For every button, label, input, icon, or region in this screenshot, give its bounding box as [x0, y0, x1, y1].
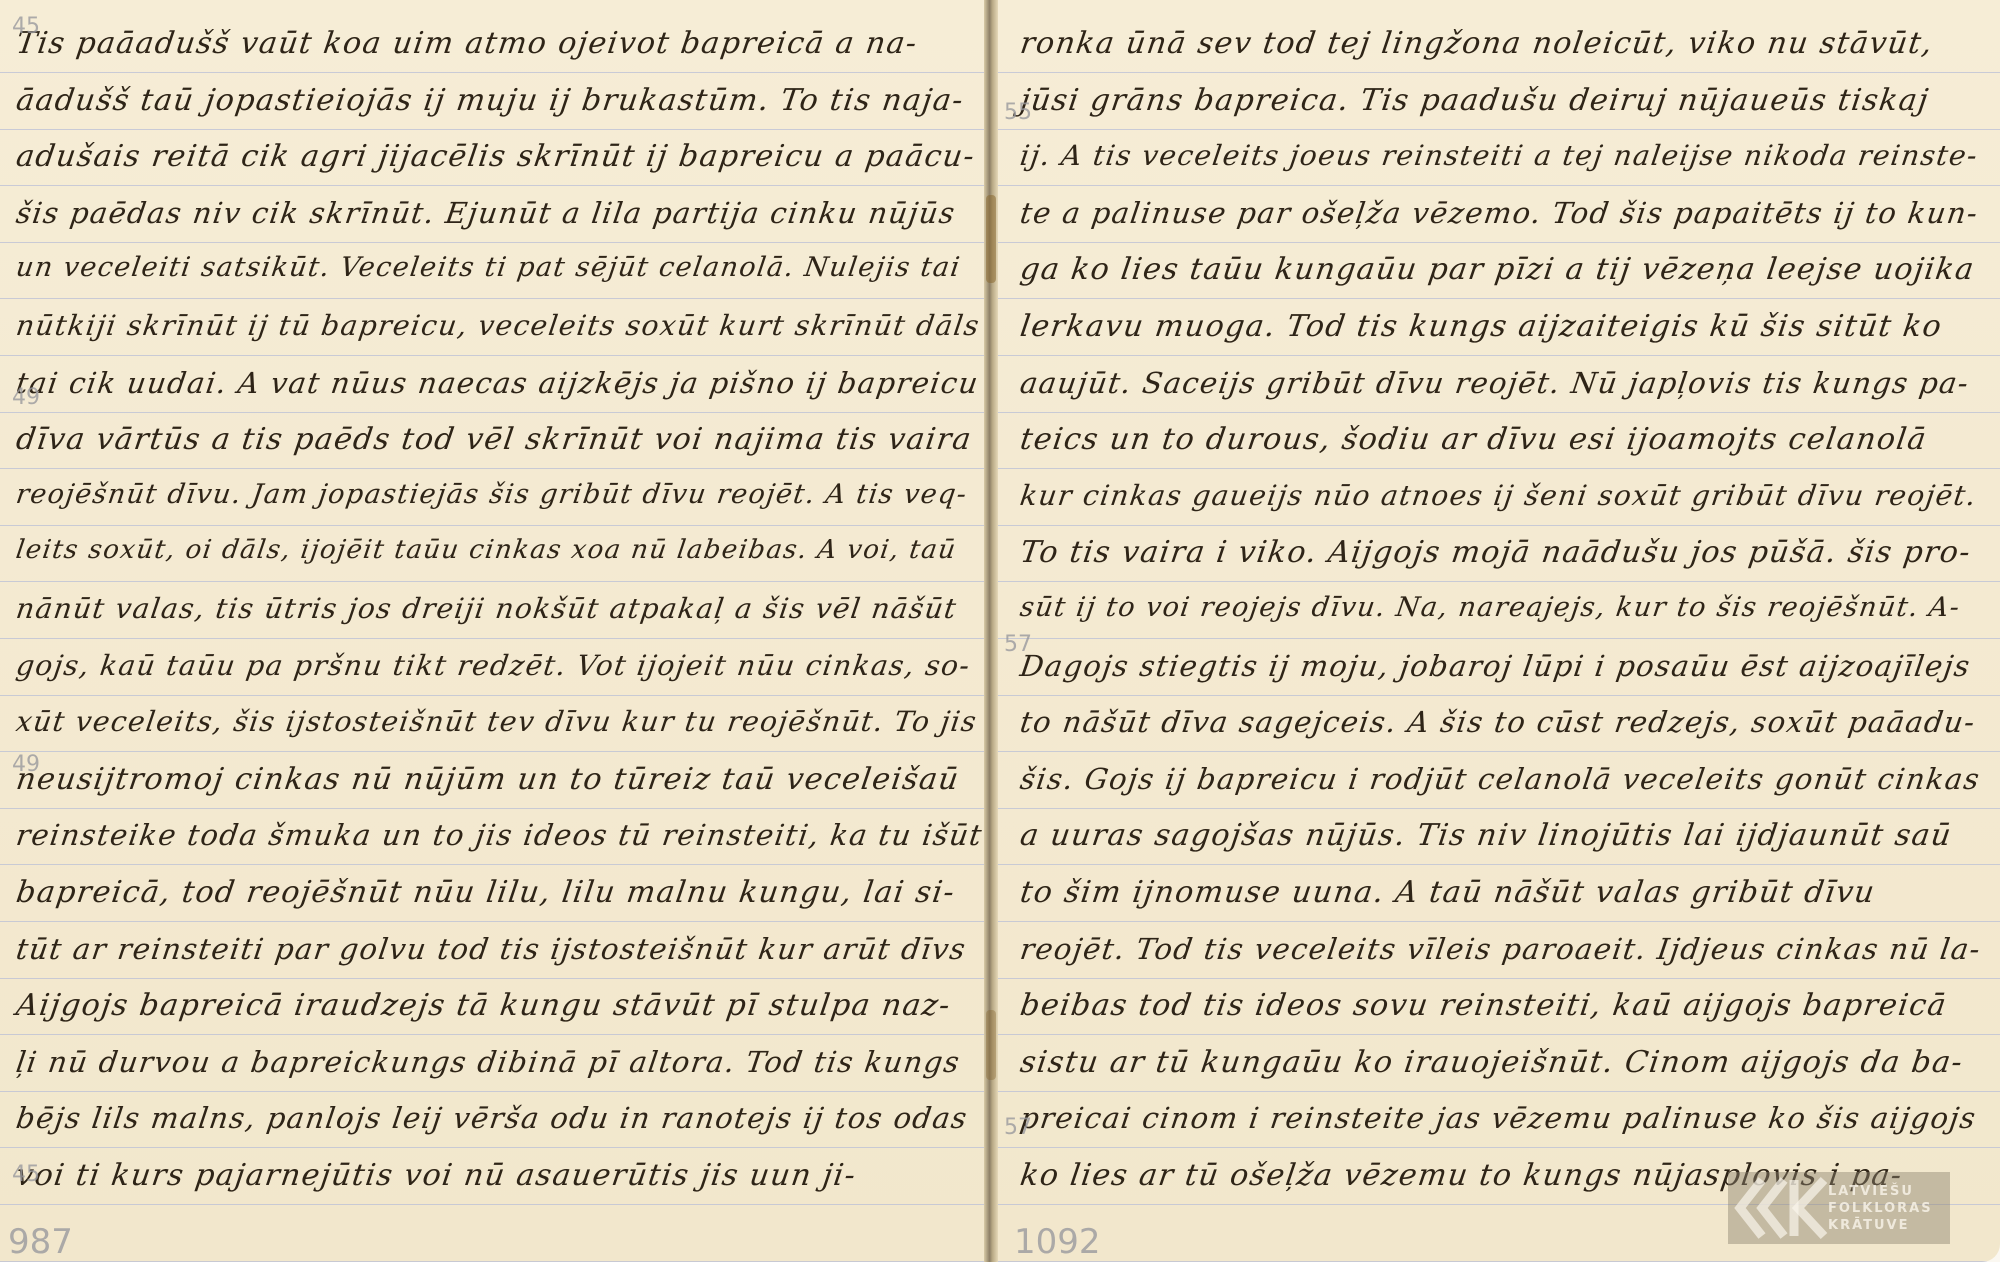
handwritten-line: šis paēdas niv cik skrīnūt. Ejunūt a lil…: [14, 196, 958, 230]
ruled-line: [990, 921, 2000, 922]
ruled-line: [0, 1091, 990, 1092]
ruled-line: [0, 978, 990, 979]
handwritten-line: ļi nū durvou a bapreickungs dibinā pī al…: [14, 1045, 963, 1079]
handwritten-line: to nāšūt dīva sagejceis. A šis to cūst r…: [1018, 705, 1978, 739]
ruled-line: [0, 298, 990, 299]
ruled-line: [990, 129, 2000, 130]
handwritten-line: ij. A tis veceleits joeus reinsteiti a t…: [1018, 139, 1980, 172]
ruled-line: [0, 1204, 990, 1205]
handwritten-line: teics un to durous, šodiu ar dīvu esi ij…: [1018, 422, 1929, 457]
handwritten-line: jūsi grāns bapreica. Tis paadušu deiruj …: [1018, 83, 1931, 118]
handwritten-line: reinsteike toda šmuka un to jis ideos tū…: [14, 818, 985, 852]
binding-stain: [986, 1010, 996, 1080]
ruled-line: [990, 864, 2000, 865]
ruled-line: [0, 242, 990, 243]
margin-number: 1092: [1014, 1222, 1101, 1262]
ruled-line: [0, 412, 990, 413]
handwritten-line: bapreicā, tod reojēšnūt nūu lilu, lilu m…: [14, 875, 958, 910]
lfk-watermark: LATVIEŠU FOLKLORAS KRĀTUVE: [1728, 1172, 1950, 1244]
ruled-line: [990, 468, 2000, 469]
handwritten-line: to šim ijnomuse uuna. A taū nāšūt valas …: [1018, 875, 1878, 910]
handwritten-line: preicai cinom i reinsteite jas vēzemu pa…: [1018, 1101, 1979, 1135]
handwritten-line: bējs lils malns, panlojs leij vērša odu …: [14, 1101, 970, 1135]
watermark-line-2: FOLKLORAS: [1828, 1200, 1933, 1217]
handwritten-line: tai cik uudai. A vat nūus naecas aijzkēj…: [14, 366, 981, 400]
ruled-line: [990, 412, 2000, 413]
margin-number: 987: [8, 1222, 73, 1262]
left-page: Tis paāadušš vaūt koa uim atmo ojeivot b…: [0, 0, 990, 1262]
ruled-line: [0, 468, 990, 469]
ruled-line: [0, 1034, 990, 1035]
ruled-line: [0, 808, 990, 809]
ruled-line: [990, 242, 2000, 243]
handwritten-line: gojs, kaū taūu pa pršnu tikt redzēt. Vot…: [14, 649, 973, 682]
handwritten-line: reojēšnūt dīvu. Jam jopastiejās šis grib…: [14, 479, 970, 510]
handwritten-line: neusijtromoj cinkas nū nūjūm un to tūrei…: [14, 762, 962, 797]
manuscript-spread: Tis paāadušš vaūt koa uim atmo ojeivot b…: [0, 0, 2000, 1262]
ruled-line: [990, 695, 2000, 696]
watermark-line-1: LATVIEŠU: [1828, 1183, 1933, 1200]
ruled-line: [0, 1147, 990, 1148]
handwritten-line: ga ko lies taūu kungaūu par pīzi a tij v…: [1018, 252, 1977, 287]
handwritten-line: šis. Gojs ij bapreicu i rodjūt celanolā …: [1018, 762, 1983, 796]
ruled-line: [990, 1091, 2000, 1092]
handwritten-line: nānūt valas, tis ūtris jos dreiji nokšūt…: [14, 592, 959, 625]
ruled-line: [0, 185, 990, 186]
handwritten-line: āadušš taū jopastieiojās ij muju ij bruk…: [14, 83, 966, 118]
watermark-text: LATVIEŠU FOLKLORAS KRĀTUVE: [1828, 1183, 1933, 1234]
margin-number: 45: [12, 14, 40, 39]
ruled-line: [990, 355, 2000, 356]
ruled-line: [0, 695, 990, 696]
ruled-line: [0, 72, 990, 73]
margin-number: 55: [1004, 100, 1032, 125]
handwritten-line: dīva vārtūs a tis paēds tod vēl skrīnūt …: [14, 422, 974, 457]
ruled-line: [990, 298, 2000, 299]
handwritten-line: ronka ūnā sev tod tej lingžona noleicūt,…: [1018, 26, 1935, 61]
ruled-line: [990, 525, 2000, 526]
ruled-line: [0, 129, 990, 130]
handwritten-line: aaujūt. Saceijs gribūt dīvu reojēt. Nū j…: [1018, 366, 1972, 400]
handwritten-line: leits soxūt, oi dāls, ijojēit taūu cinka…: [14, 535, 958, 565]
ruled-line: [990, 1147, 2000, 1148]
ruled-line: [990, 1034, 2000, 1035]
handwritten-line: xūt veceleits, šis ijstosteišnūt tev dīv…: [14, 705, 979, 738]
handwritten-line: To tis vaira i viko. Aijgojs mojā naāduš…: [1018, 535, 1973, 570]
margin-number: 45: [12, 1162, 40, 1187]
handwritten-line: Aijgojs bapreicā iraudzejs tā kungu stāv…: [14, 988, 953, 1023]
ruled-line: [990, 185, 2000, 186]
handwritten-line: sistu ar tū kungaūu ko irauojeišnūt. Cin…: [1018, 1045, 1966, 1080]
ruled-line: [990, 72, 2000, 73]
watermark-line-3: KRĀTUVE: [1828, 1217, 1933, 1234]
handwritten-line: Dagojs stiegtis ij moju, jobaroj lūpi i …: [1018, 649, 1973, 683]
ruled-line: [990, 808, 2000, 809]
handwritten-line: lerkavu muoga. Tod tis kungs aijzaiteigi…: [1018, 309, 1945, 344]
ruled-line: [0, 525, 990, 526]
ruled-line: [0, 1261, 990, 1262]
margin-number: 49: [12, 752, 40, 777]
handwritten-line: voi ti kurs pajarnejūtis voi nū asauerūt…: [14, 1158, 859, 1193]
margin-number: 49: [12, 385, 40, 410]
ruled-line: [990, 581, 2000, 582]
handwritten-line: adušais reitā cik agri jijacēlis skrīnūt…: [14, 139, 978, 174]
ruled-line: [0, 864, 990, 865]
ruled-line: [0, 355, 990, 356]
right-page: ronka ūnā sev tod tej lingžona noleicūt,…: [990, 0, 2000, 1262]
handwritten-line: a uuras sagojšas nūjūs. Tis niv linojūti…: [1018, 818, 1954, 853]
ruled-line: [990, 751, 2000, 752]
lfk-logo-icon: [1728, 1172, 1828, 1244]
ruled-line: [990, 1261, 2000, 1262]
ruled-line: [0, 751, 990, 752]
handwritten-line: te a palinuse par ošeļža vēzemo. Tod šis…: [1018, 196, 1981, 230]
handwritten-line: un veceleiti satsikūt. Veceleits ti pat …: [14, 252, 963, 283]
handwritten-line: beibas tod tis ideos sovu reinsteiti, ka…: [1018, 988, 1949, 1023]
binding-stain: [986, 195, 996, 283]
margin-number: 57: [1004, 632, 1032, 657]
handwritten-line: nūtkiji skrīnūt ij tū bapreicu, veceleit…: [14, 309, 982, 342]
ruled-line: [0, 638, 990, 639]
handwritten-line: kur cinkas gaueijs nūo atnoes ij šeni so…: [1018, 479, 1979, 512]
ruled-line: [0, 581, 990, 582]
handwritten-line: sūt ij to voi reojejs dīvu. Na, nareajej…: [1018, 592, 1963, 623]
margin-number: 57: [1004, 1115, 1032, 1140]
ruled-line: [990, 978, 2000, 979]
handwritten-line: Tis paāadušš vaūt koa uim atmo ojeivot b…: [14, 26, 920, 61]
ruled-line: [0, 921, 990, 922]
ruled-line: [990, 638, 2000, 639]
handwritten-line: tūt ar reinsteiti par golvu tod tis ijst…: [14, 932, 969, 966]
handwritten-line: reojēt. Tod tis veceleits vīleis paroaei…: [1018, 932, 1983, 966]
